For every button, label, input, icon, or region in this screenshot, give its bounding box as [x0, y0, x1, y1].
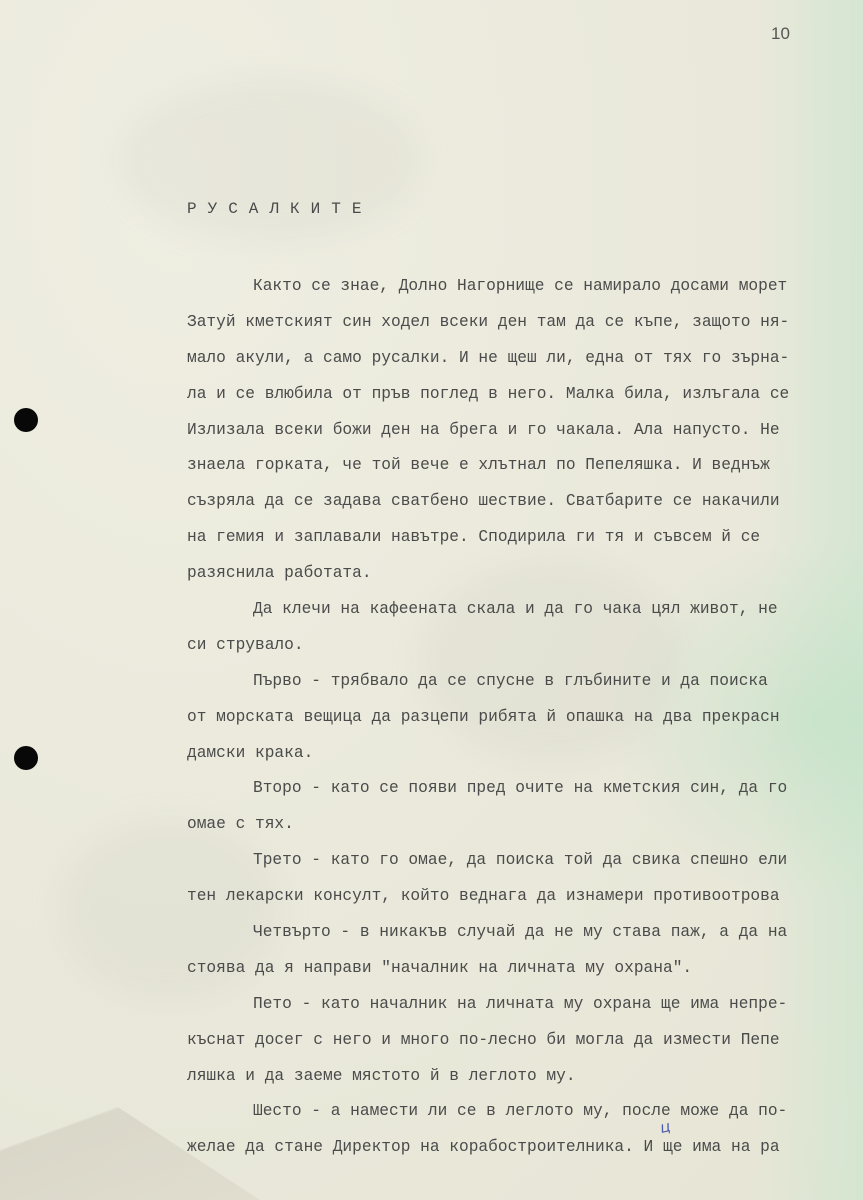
document-title: РУСАЛКИТЕ — [187, 200, 372, 218]
text-line: Второ - като се появи пред очите на кмет… — [187, 776, 863, 812]
text-line: Пето - като началник на личната му охран… — [187, 992, 863, 1028]
text-line: на гемия и заплавали навътре. Сподирила … — [187, 525, 863, 561]
text-line: си струвало. — [187, 633, 863, 669]
text-line: Четвърто - в никакъв случай да не му ста… — [187, 920, 863, 956]
text-line: Трето - като го омае, да поиска той да с… — [187, 848, 863, 884]
text-line: тен лекарски консулт, който веднага да и… — [187, 884, 863, 920]
text-line: Затуй кметският син ходел всеки ден там … — [187, 310, 863, 346]
typewritten-page: 10 РУСАЛКИТЕ Както се знае, Долно Нагорн… — [0, 0, 863, 1200]
text-line: Шесто - а намести ли се в леглото му, по… — [187, 1099, 863, 1135]
text-line: разяснила работата. — [187, 561, 863, 597]
page-number: 10 — [771, 24, 790, 44]
text-line: Да клечи на кафеената скала и да го чака… — [187, 597, 863, 633]
punch-hole — [14, 746, 38, 770]
text-line: Първо - трябвало да се спусне в глъбинит… — [187, 669, 863, 705]
text-line: къснат досег с него и много по-лесно би … — [187, 1028, 863, 1064]
text-line: съзряла да се задава сватбено шествие. С… — [187, 489, 863, 525]
text-line: мало акули, а само русалки. И не щеш ли,… — [187, 346, 863, 382]
text-line: стоява да я направи "началник на личната… — [187, 956, 863, 992]
text-line: желае да стане Директор на корабостроите… — [187, 1135, 863, 1171]
body-text: Както се знае, Долно Нагорнище се намира… — [187, 274, 863, 1171]
text-line: ла и се влюбила от пръв поглед в него. М… — [187, 382, 863, 418]
text-line: ляшка и да заеме мястото й в леглото му. — [187, 1064, 863, 1100]
text-line: Излизала всеки божи ден на брега и го ча… — [187, 418, 863, 454]
text-line: Както се знае, Долно Нагорнище се намира… — [187, 274, 863, 310]
text-line: омае с тях. — [187, 812, 863, 848]
punch-hole — [14, 408, 38, 432]
text-line: от морската вещица да разцепи рибята й о… — [187, 705, 863, 741]
text-line: дамски крака. — [187, 741, 863, 777]
text-line: знаела горката, че той вече е хлътнал по… — [187, 453, 863, 489]
